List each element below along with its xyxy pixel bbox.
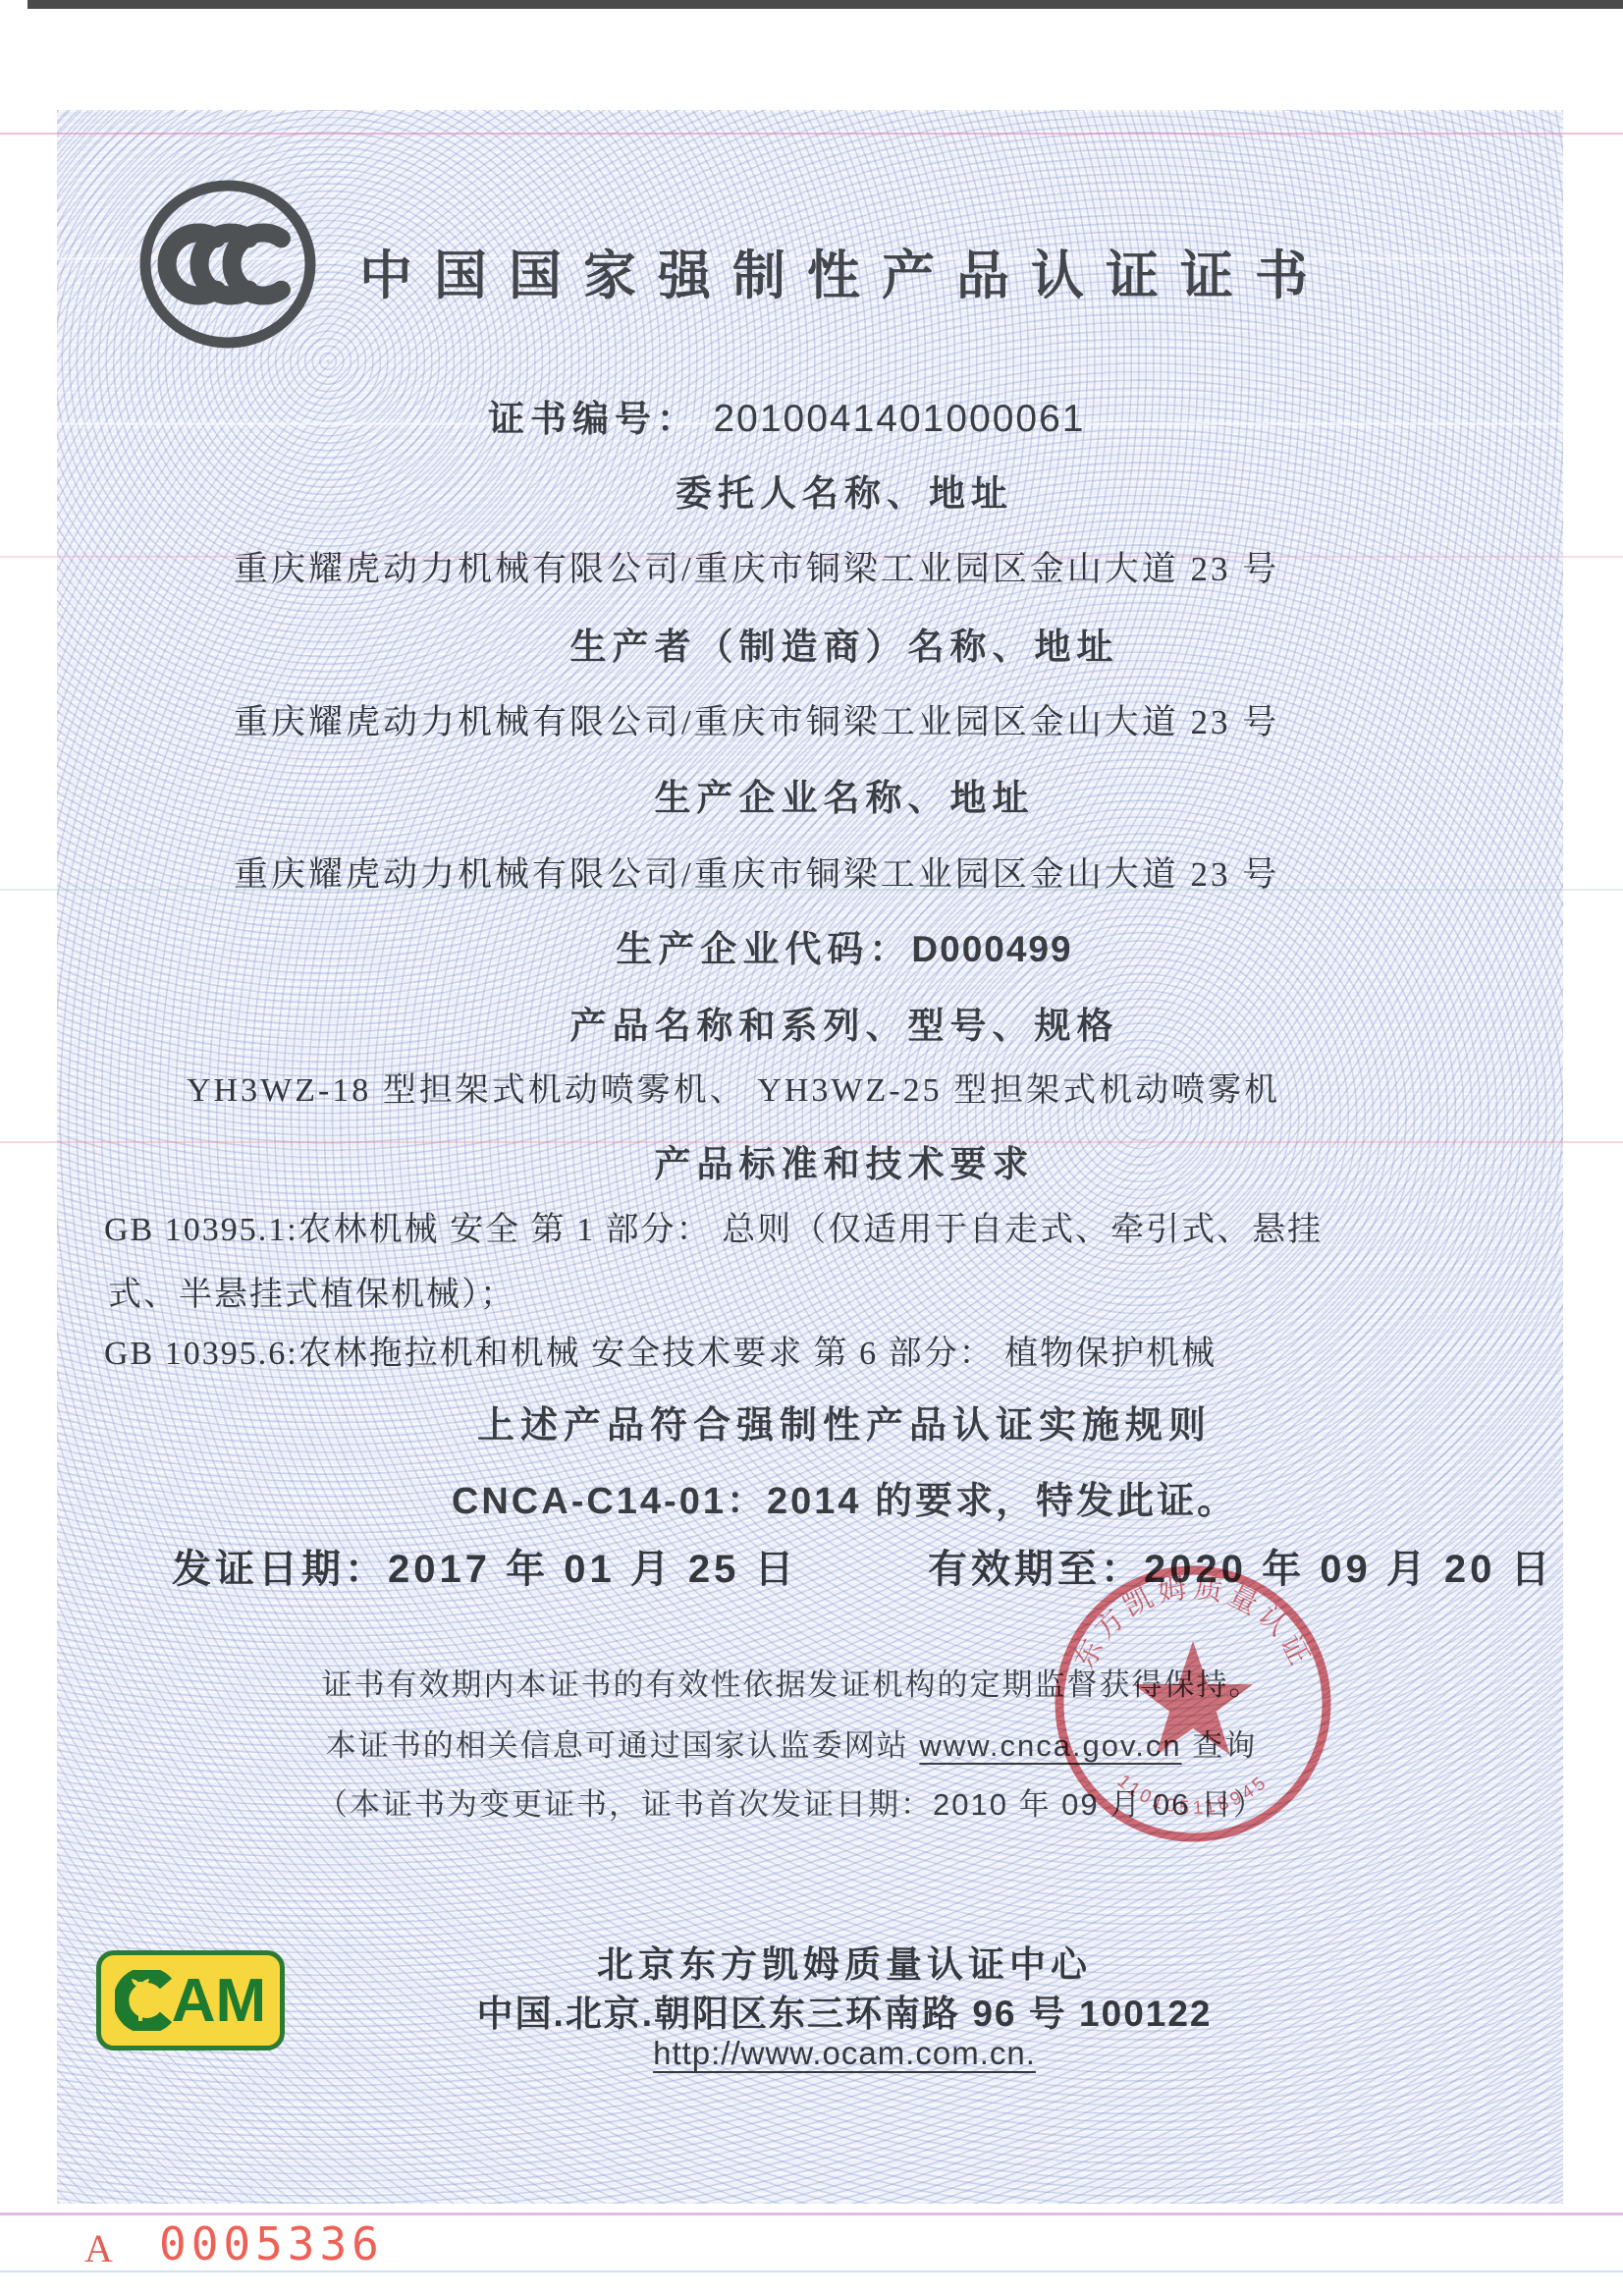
seal-number: 110105118945 (1113, 1771, 1273, 1819)
factory-label: 生产企业名称、地址 (92, 768, 1596, 821)
certificate-number-line: 证书编号： 2010041401000061 (488, 389, 1086, 442)
cam-logo-icon: AM (96, 1950, 285, 2050)
standards-line3: GB 10395.6:农林拖拉机和机械 安全技术要求 第 6 部分： 植物保护机… (104, 1326, 1217, 1374)
factory-value: 重庆耀虎动力机械有限公司/重庆市铜梁工业园区金山大道 23 号 (234, 847, 1279, 897)
standards-label: 产品标准和技术要求 (92, 1134, 1596, 1187)
cam-logo-text: AM (172, 1966, 266, 2036)
svg-text:110105118945: 110105118945 (1113, 1771, 1273, 1819)
statement-line2: CNCA-C14-01：2014 的要求，特发此证。 (92, 1470, 1596, 1524)
factory-code-value: D000499 (911, 929, 1072, 969)
certificate-title: 中国国家强制性产品认证证书 (92, 234, 1596, 309)
product-label: 产品名称和系列、型号、规格 (92, 996, 1596, 1049)
red-seal-stamp-icon: 北京东方凯姆质量认证中心 110105118945 (1051, 1561, 1335, 1846)
issue-date: 发证日期：2017 年 01 月 25 日 (172, 1538, 798, 1594)
ocam-website-link: http://www.ocam.com.cn. (653, 2035, 1036, 2071)
serial-number: 0005336 (159, 2217, 384, 2270)
scan-line (0, 2213, 1623, 2215)
cam-logo-c-wheat-icon (115, 1970, 172, 2031)
issuer-org-name: 北京东方凯姆质量认证中心 (92, 1935, 1596, 1988)
issuer-org-url: http://www.ocam.com.cn. (92, 2035, 1596, 2072)
certificate-page: 中国国家强制性产品认证证书 证书编号： 2010041401000061 委托人… (0, 0, 1623, 2296)
scan-edge-bar (27, 0, 1623, 9)
factory-code-label: 生产企业代码： (616, 929, 911, 969)
manufacturer-label: 生产者（制造商）名称、地址 (92, 617, 1596, 670)
applicant-value: 重庆耀虎动力机械有限公司/重庆市铜梁工业园区金山大道 23 号 (234, 542, 1279, 591)
manufacturer-value: 重庆耀虎动力机械有限公司/重庆市铜梁工业园区金山大道 23 号 (234, 695, 1279, 744)
serial-prefix: A (84, 2225, 113, 2271)
certificate-number-label: 证书编号： (488, 399, 699, 439)
standards-line1: GB 10395.1:农林机械 安全 第 1 部分： 总则（仅适用于自走式、牵引… (104, 1202, 1323, 1250)
issuer-org-address: 中国.北京.朝阳区东三环南路 96 号 100122 (92, 1984, 1596, 2037)
note-website-prefix: 本证书的相关信息可通过国家认监委网站 (326, 1728, 920, 1763)
statement-line1: 上述产品符合强制性产品认证实施规则 (92, 1394, 1596, 1449)
standards-line2: 式、半悬挂式植保机械）； (108, 1267, 515, 1315)
product-value: YH3WZ-18 型担架式机动喷雾机、 YH3WZ-25 型担架式机动喷雾机 (187, 1063, 1280, 1111)
factory-code-line: 生产企业代码：D000499 (92, 919, 1596, 972)
certificate-number-value: 2010041401000061 (713, 398, 1085, 440)
scan-line (0, 2270, 1623, 2272)
applicant-label: 委托人名称、地址 (92, 464, 1596, 517)
